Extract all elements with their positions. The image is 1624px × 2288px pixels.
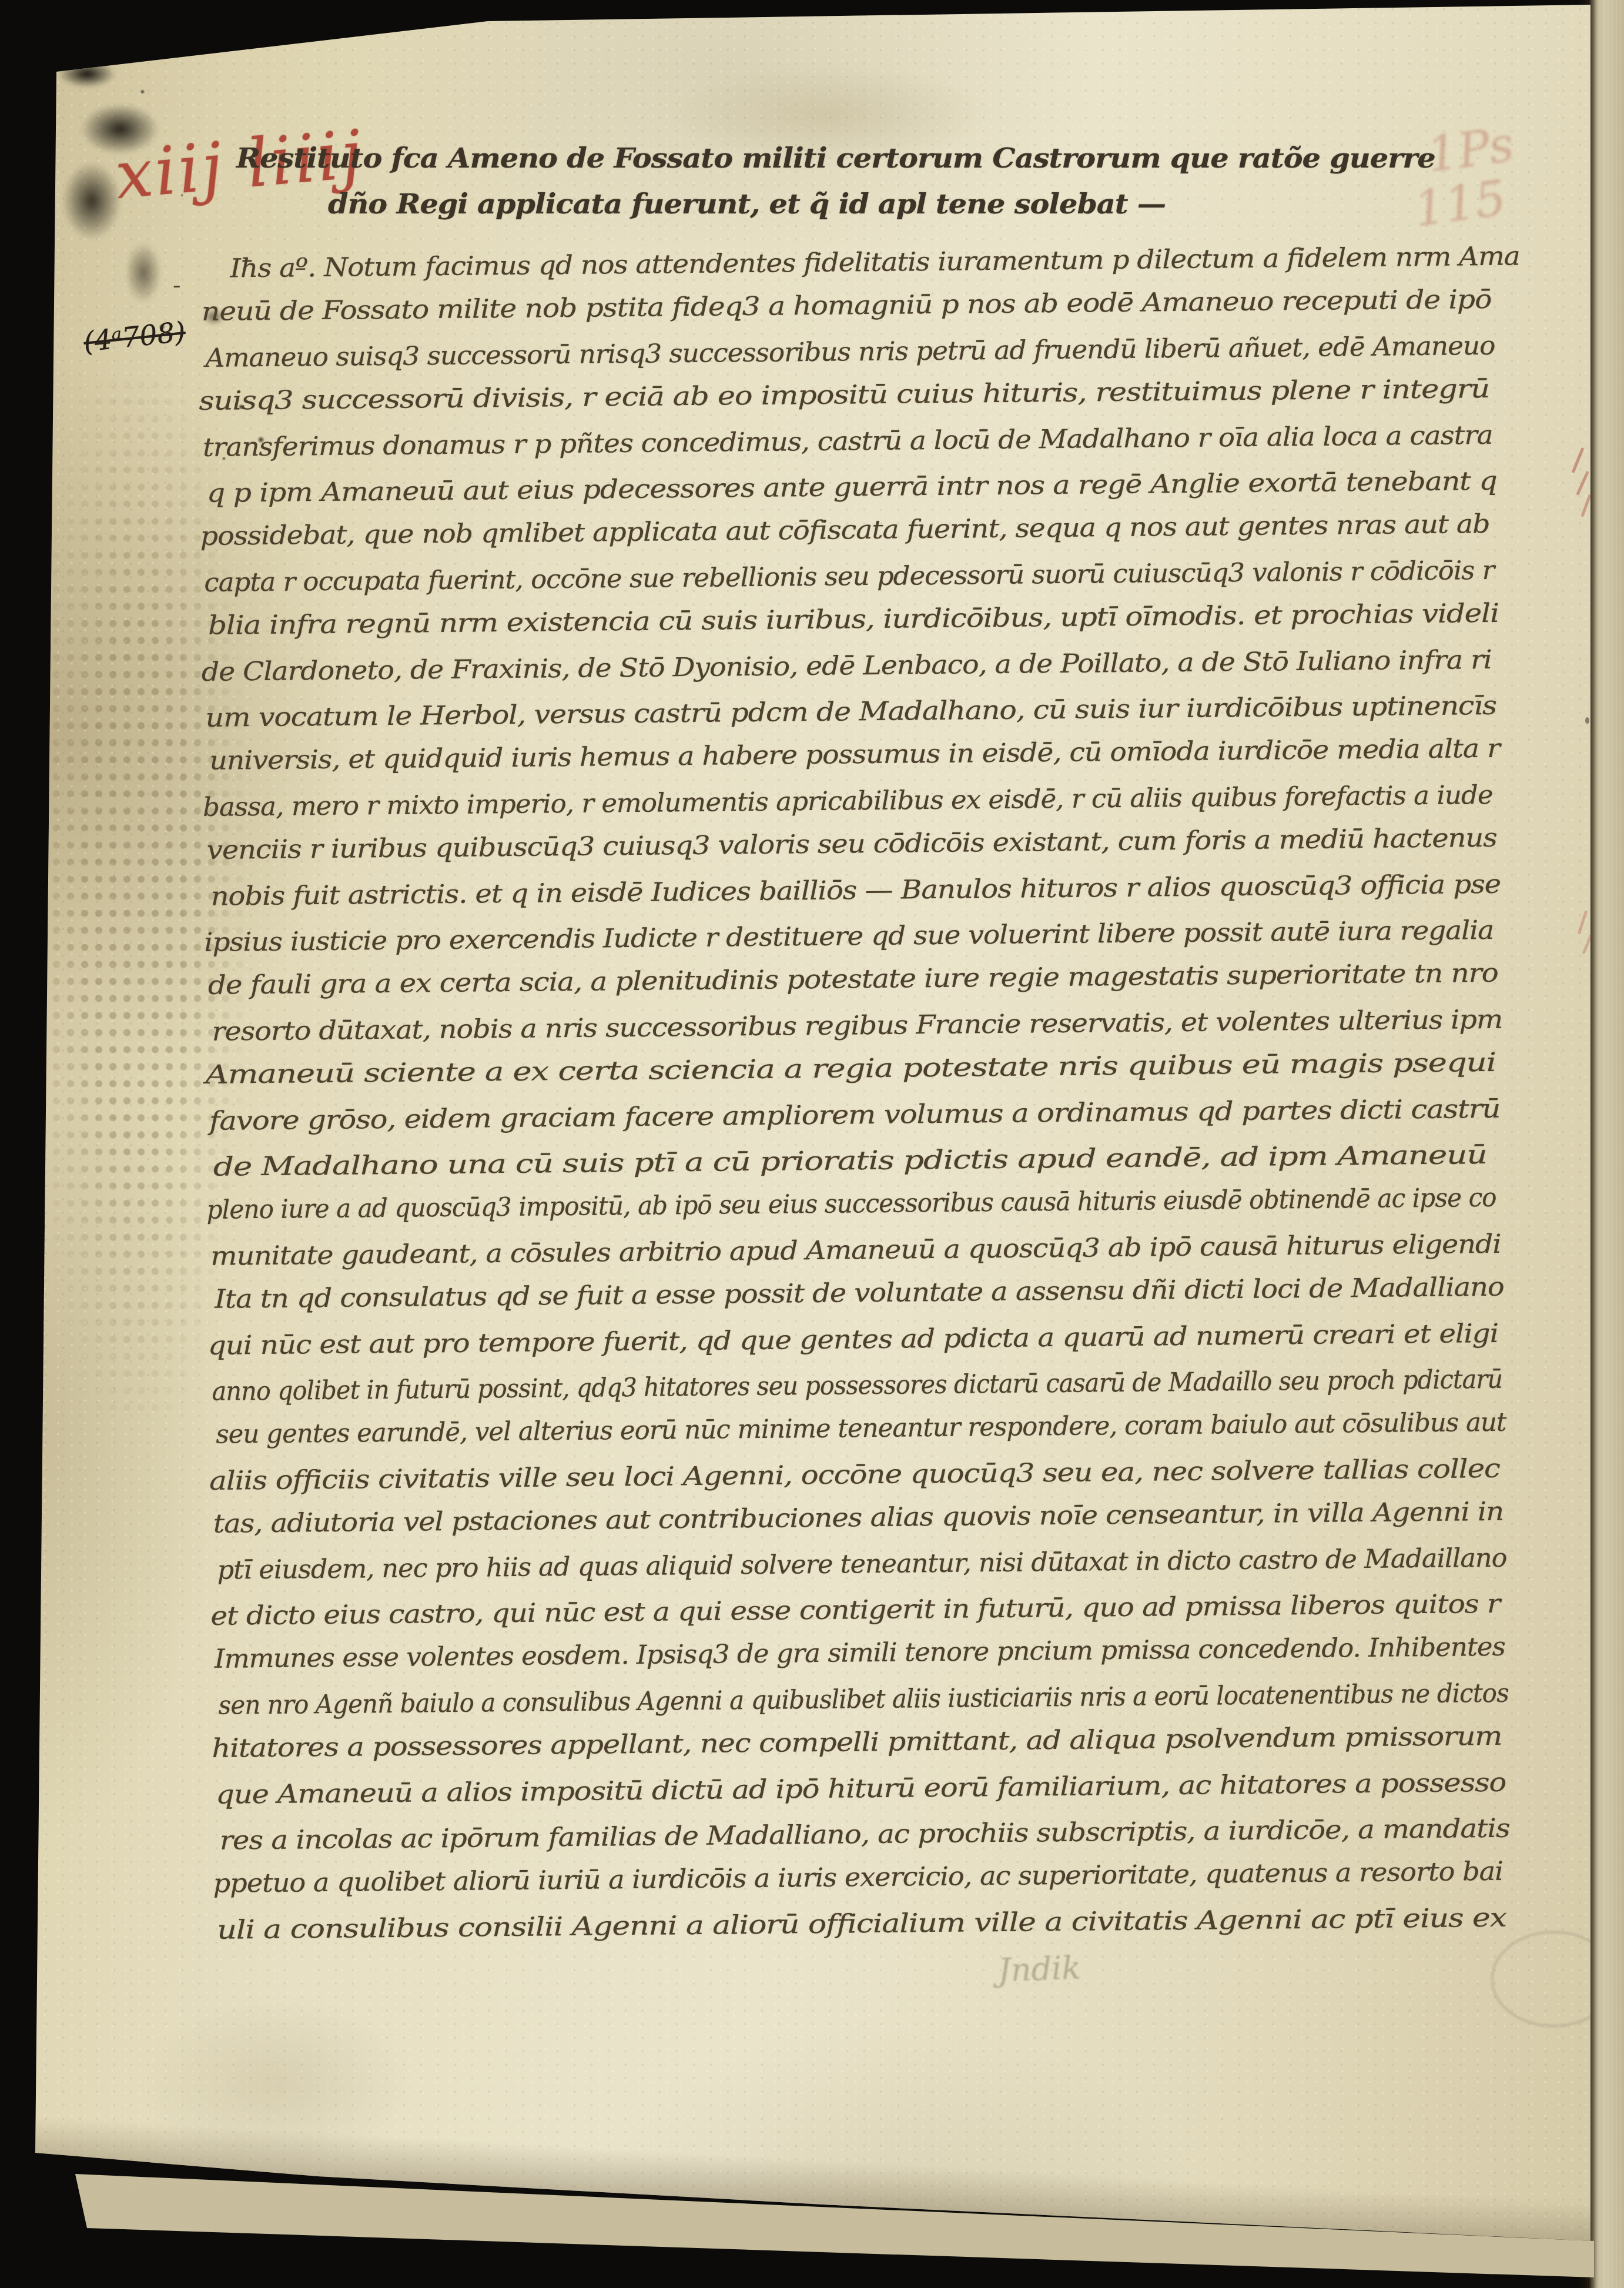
red-showthrough-2: 115: [1411, 170, 1509, 239]
text-line: bassa, mero r mixto imperio, r emolument…: [203, 780, 1493, 822]
text-line: Amaneuo suisq3 successorū nrisq3 success…: [205, 331, 1495, 373]
body-text: Iħs aº. Notum facimus qd nos attendentes…: [197, 240, 1496, 253]
text-line: capta r occupata fuerint, occōne sue reb…: [204, 556, 1494, 598]
red-showthrough-1: 1Ps: [1424, 116, 1517, 184]
ghost-offset-note: Jndik: [997, 1949, 1081, 1989]
rubric-line-1: Restituto fca Ameno de Fossato militi ce…: [236, 142, 1435, 175]
text-line: favore grōso, eidem graciam facere ampli…: [209, 1093, 1501, 1136]
text-line: de Madalhano una cū suis ptī a cū priora…: [213, 1140, 1487, 1182]
text-line: um vocatum le Herbol, versus castrū pdcm…: [205, 691, 1496, 733]
text-line: Iħs aº. Notum facimus qd nos attendentes…: [230, 241, 1520, 283]
text-line: nobis fuit astrictis. et q in eisdē Iudi…: [210, 869, 1501, 911]
text-line: munitate gaudeant, a cōsules arbitrio ap…: [210, 1229, 1501, 1272]
manuscript-page: xiij liiij Restituto fca Ameno de Fossat…: [0, 0, 1624, 2288]
text-line: universis, et quidquid iuris hemus a hab…: [209, 734, 1500, 776]
manuscript-photo: xiij liiij Restituto fca Ameno de Fossat…: [0, 0, 1624, 2288]
text-line: ipsius iusticie pro exercendis Iudicte r…: [204, 915, 1494, 958]
text-line: blia infra regnū nrm existencia cū suis …: [208, 598, 1499, 641]
text-line: suisq3 successorū divisis, r eciā ab eo …: [199, 374, 1489, 416]
text-line: resorto dūtaxat, nobis a nris successori…: [212, 1005, 1502, 1047]
text-line: venciis r iuribus quibuscūq3 cuiusq3 val…: [207, 823, 1497, 865]
text-line: seu gentes earundē, vel alterius eorū nū…: [216, 1407, 1506, 1450]
text-line: Ita tn qd consulatus qd se fuit a esse p…: [215, 1272, 1504, 1314]
edge-dot-mark: [1585, 717, 1589, 724]
text-line: que Amaneuū a alios impositū dictū ad ip…: [216, 1767, 1506, 1809]
text-line: transferimus donamus r p pñtes concedimu…: [203, 420, 1493, 462]
text-line: uli a consulibus consilii Agenni a alior…: [217, 1903, 1506, 1945]
text-line: possidebat, que nob qmlibet applicata au…: [200, 509, 1489, 551]
text-line: anno qolibet in futurū possint, qdq3 hit…: [212, 1364, 1502, 1407]
text-line: q p ipm Amaneuū aut eius pdecessores ant…: [207, 466, 1497, 509]
text-line: res a incolas ac ipōrum familias de Mada…: [220, 1814, 1510, 1856]
text-line: Immunes esse volentes eosdem. Ipsisq3 de…: [215, 1632, 1505, 1674]
text-line: hitatores a possessores appellant, nec c…: [212, 1721, 1502, 1764]
text-line: pleno iure a ad quoscūq3 impositū, ab ip…: [206, 1183, 1496, 1225]
text-line: qui nūc est aut pro tempore fuerit, qd q…: [208, 1318, 1499, 1360]
rubric-line-2: dño Regi applicata fuerunt, et q̃ id apl…: [328, 188, 1166, 220]
text-line: Amaneuū sciente a ex certa sciencia a re…: [205, 1048, 1496, 1090]
text-line: tas, adiutoria vel pstaciones aut contri…: [213, 1497, 1504, 1539]
text-line: ppetuo a quolibet aliorū iuriū a iurdicō…: [213, 1857, 1503, 1899]
text-line: et dicto eius castro, qui nūc est a qui …: [210, 1589, 1500, 1631]
text-line: neuū de Fossato milite nob pstita fideq3…: [202, 285, 1492, 327]
paraph-mark: -: [173, 272, 181, 299]
text-line: aliis officiis civitatis ville seu loci …: [209, 1454, 1500, 1496]
text-line: ptī eiusdem, nec pro hiis ad quas aliqui…: [217, 1543, 1507, 1585]
text-line: de Clardoneto, de Fraxinis, de Stō Dyoni…: [202, 644, 1492, 687]
text-line: de fauli gra a ex certa scia, a plenitud…: [208, 958, 1498, 1001]
text-line: sen nro Agenñ baiulo a consulibus Agenni…: [218, 1678, 1508, 1720]
